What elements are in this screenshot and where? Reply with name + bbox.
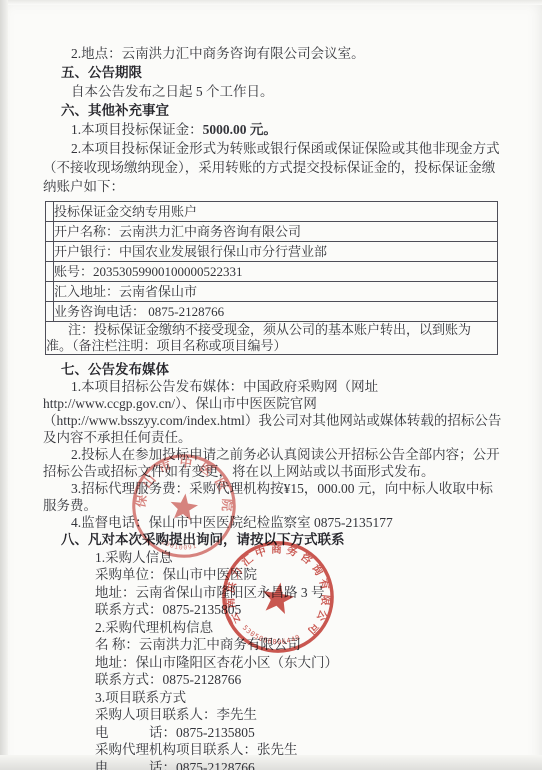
- table-row: 投标保证金交纳专用账户: [46, 202, 498, 222]
- table-row: 账号：20353059900100000522331: [46, 262, 498, 282]
- table-gutter-cell: [46, 202, 54, 222]
- purchaser-unit-line: 采购单位：保山市中医医院: [43, 566, 505, 584]
- deposit-amount-value: 5000.00 元。: [203, 122, 277, 137]
- page-edge-left: [0, 0, 8, 770]
- purchaser-liaison-phone-line: 电 话：0875-2135805: [43, 724, 505, 742]
- section6-heading: 六、其他补充事宜: [43, 101, 505, 120]
- section5-body: 自本公告发布之日起 5 个工作日。: [43, 82, 505, 101]
- venue-line: 2.地点：云南洪力汇中商务咨询有限公司会议室。: [43, 44, 505, 63]
- deposit-method-paragraph: 2.本项目投标保证金形式为转账或银行保函或保证保险或其他非现金方式（不接收现场缴…: [43, 139, 505, 196]
- agency-fee-line: 3.招标代理服务费：采购代理机构按¥15，000.00 元，向中标人收取中标服务…: [43, 480, 505, 514]
- account-address-cell: 汇入地址：云南省保山市: [54, 282, 498, 302]
- table-gutter-cell: [46, 222, 54, 242]
- agency-liaison-line: 采购代理机构项目联系人：张先生: [43, 741, 505, 759]
- deposit-amount-label: 1.本项目投标保证金：: [71, 122, 203, 137]
- table-row: 业务咨询电话： 0875-2128766: [46, 302, 498, 322]
- supervision-phone-line: 4.监督电话：保山市中医医院纪检监察室 0875-2135177: [43, 514, 505, 531]
- table-row: 汇入地址：云南省保山市: [46, 282, 498, 302]
- purchaser-info-heading: 1.采购人信息: [43, 549, 505, 567]
- agency-name-line: 名 称：云南洪力汇中商务有限公司: [43, 636, 505, 654]
- account-title-cell: 投标保证金交纳专用账户: [54, 202, 498, 222]
- section7-heading: 七、公告发布媒体: [43, 361, 505, 378]
- section8-heading: 八、凡对本次采购提出询问，请按以下方式联系: [43, 531, 505, 549]
- table-row: 开户名称：云南洪力汇中商务咨询有限公司: [46, 222, 498, 242]
- document-body: 2.地点：云南洪力汇中商务咨询有限公司会议室。 五、公告期限 自本公告发布之日起…: [43, 44, 505, 770]
- purchaser-contact-line: 联系方式：0875-2135805: [43, 601, 505, 619]
- table-gutter-cell: [46, 262, 54, 282]
- deposit-account-table: 投标保证金交纳专用账户 开户名称：云南洪力汇中商务咨询有限公司 开户银行：中国农…: [45, 201, 498, 355]
- account-note-cell: 注：投标保证金缴纳不接受现金，须从公司的基本账户转出，以到账为准。（备注栏注明：…: [46, 322, 498, 355]
- deposit-amount-line: 1.本项目投标保证金：5000.00 元。: [43, 120, 505, 139]
- purchaser-address-line: 地址：云南省保山市隆阳区永昌路 3 号: [43, 584, 505, 602]
- table-gutter-cell: [46, 302, 54, 322]
- page-edge-top: [0, 0, 542, 5]
- media-paragraph: 1.本项目招标公告发布媒体：中国政府采购网（网址 http://www.ccgp…: [43, 378, 505, 446]
- read-notice-paragraph: 2.投标人在参加投标申请之前务必认真阅读公开招标公告全部内容；公开招标公告或招标…: [43, 446, 505, 480]
- section7: 七、公告发布媒体 1.本项目招标公告发布媒体：中国政府采购网（网址 http:/…: [43, 361, 505, 531]
- table-row: 开户银行：中国农业发展银行保山市分行营业部: [46, 242, 498, 262]
- section-top: 2.地点：云南洪力汇中商务咨询有限公司会议室。 五、公告期限 自本公告发布之日起…: [43, 44, 505, 196]
- section5-heading: 五、公告期限: [43, 63, 505, 82]
- agency-contact-line: 联系方式：0875-2128766: [43, 671, 505, 689]
- project-contact-heading: 3.项目联系方式: [43, 689, 505, 707]
- account-bank-cell: 开户银行：中国农业发展银行保山市分行营业部: [54, 242, 498, 262]
- table-gutter-cell: [46, 242, 54, 262]
- agency-info-heading: 2.采购代理机构信息: [43, 619, 505, 637]
- scanned-document-page: 2.地点：云南洪力汇中商务咨询有限公司会议室。 五、公告期限 自本公告发布之日起…: [0, 0, 542, 770]
- account-number-cell: 账号：20353059900100000522331: [54, 262, 498, 282]
- agency-address-line: 地址：保山市隆阳区杏花小区（东大门）: [43, 654, 505, 672]
- table-row: 注：投标保证金缴纳不接受现金，须从公司的基本账户转出，以到账为准。（备注栏注明：…: [46, 322, 498, 355]
- account-name-cell: 开户名称：云南洪力汇中商务咨询有限公司: [54, 222, 498, 242]
- purchaser-liaison-line: 采购人项目联系人：李先生: [43, 706, 505, 724]
- section8: 八、凡对本次采购提出询问，请按以下方式联系 1.采购人信息 采购单位：保山市中医…: [43, 531, 505, 770]
- table-gutter-cell: [46, 282, 54, 302]
- account-phone-cell: 业务咨询电话： 0875-2128766: [54, 302, 498, 322]
- agency-liaison-phone-line: 电 话：0875-2128766: [43, 759, 505, 770]
